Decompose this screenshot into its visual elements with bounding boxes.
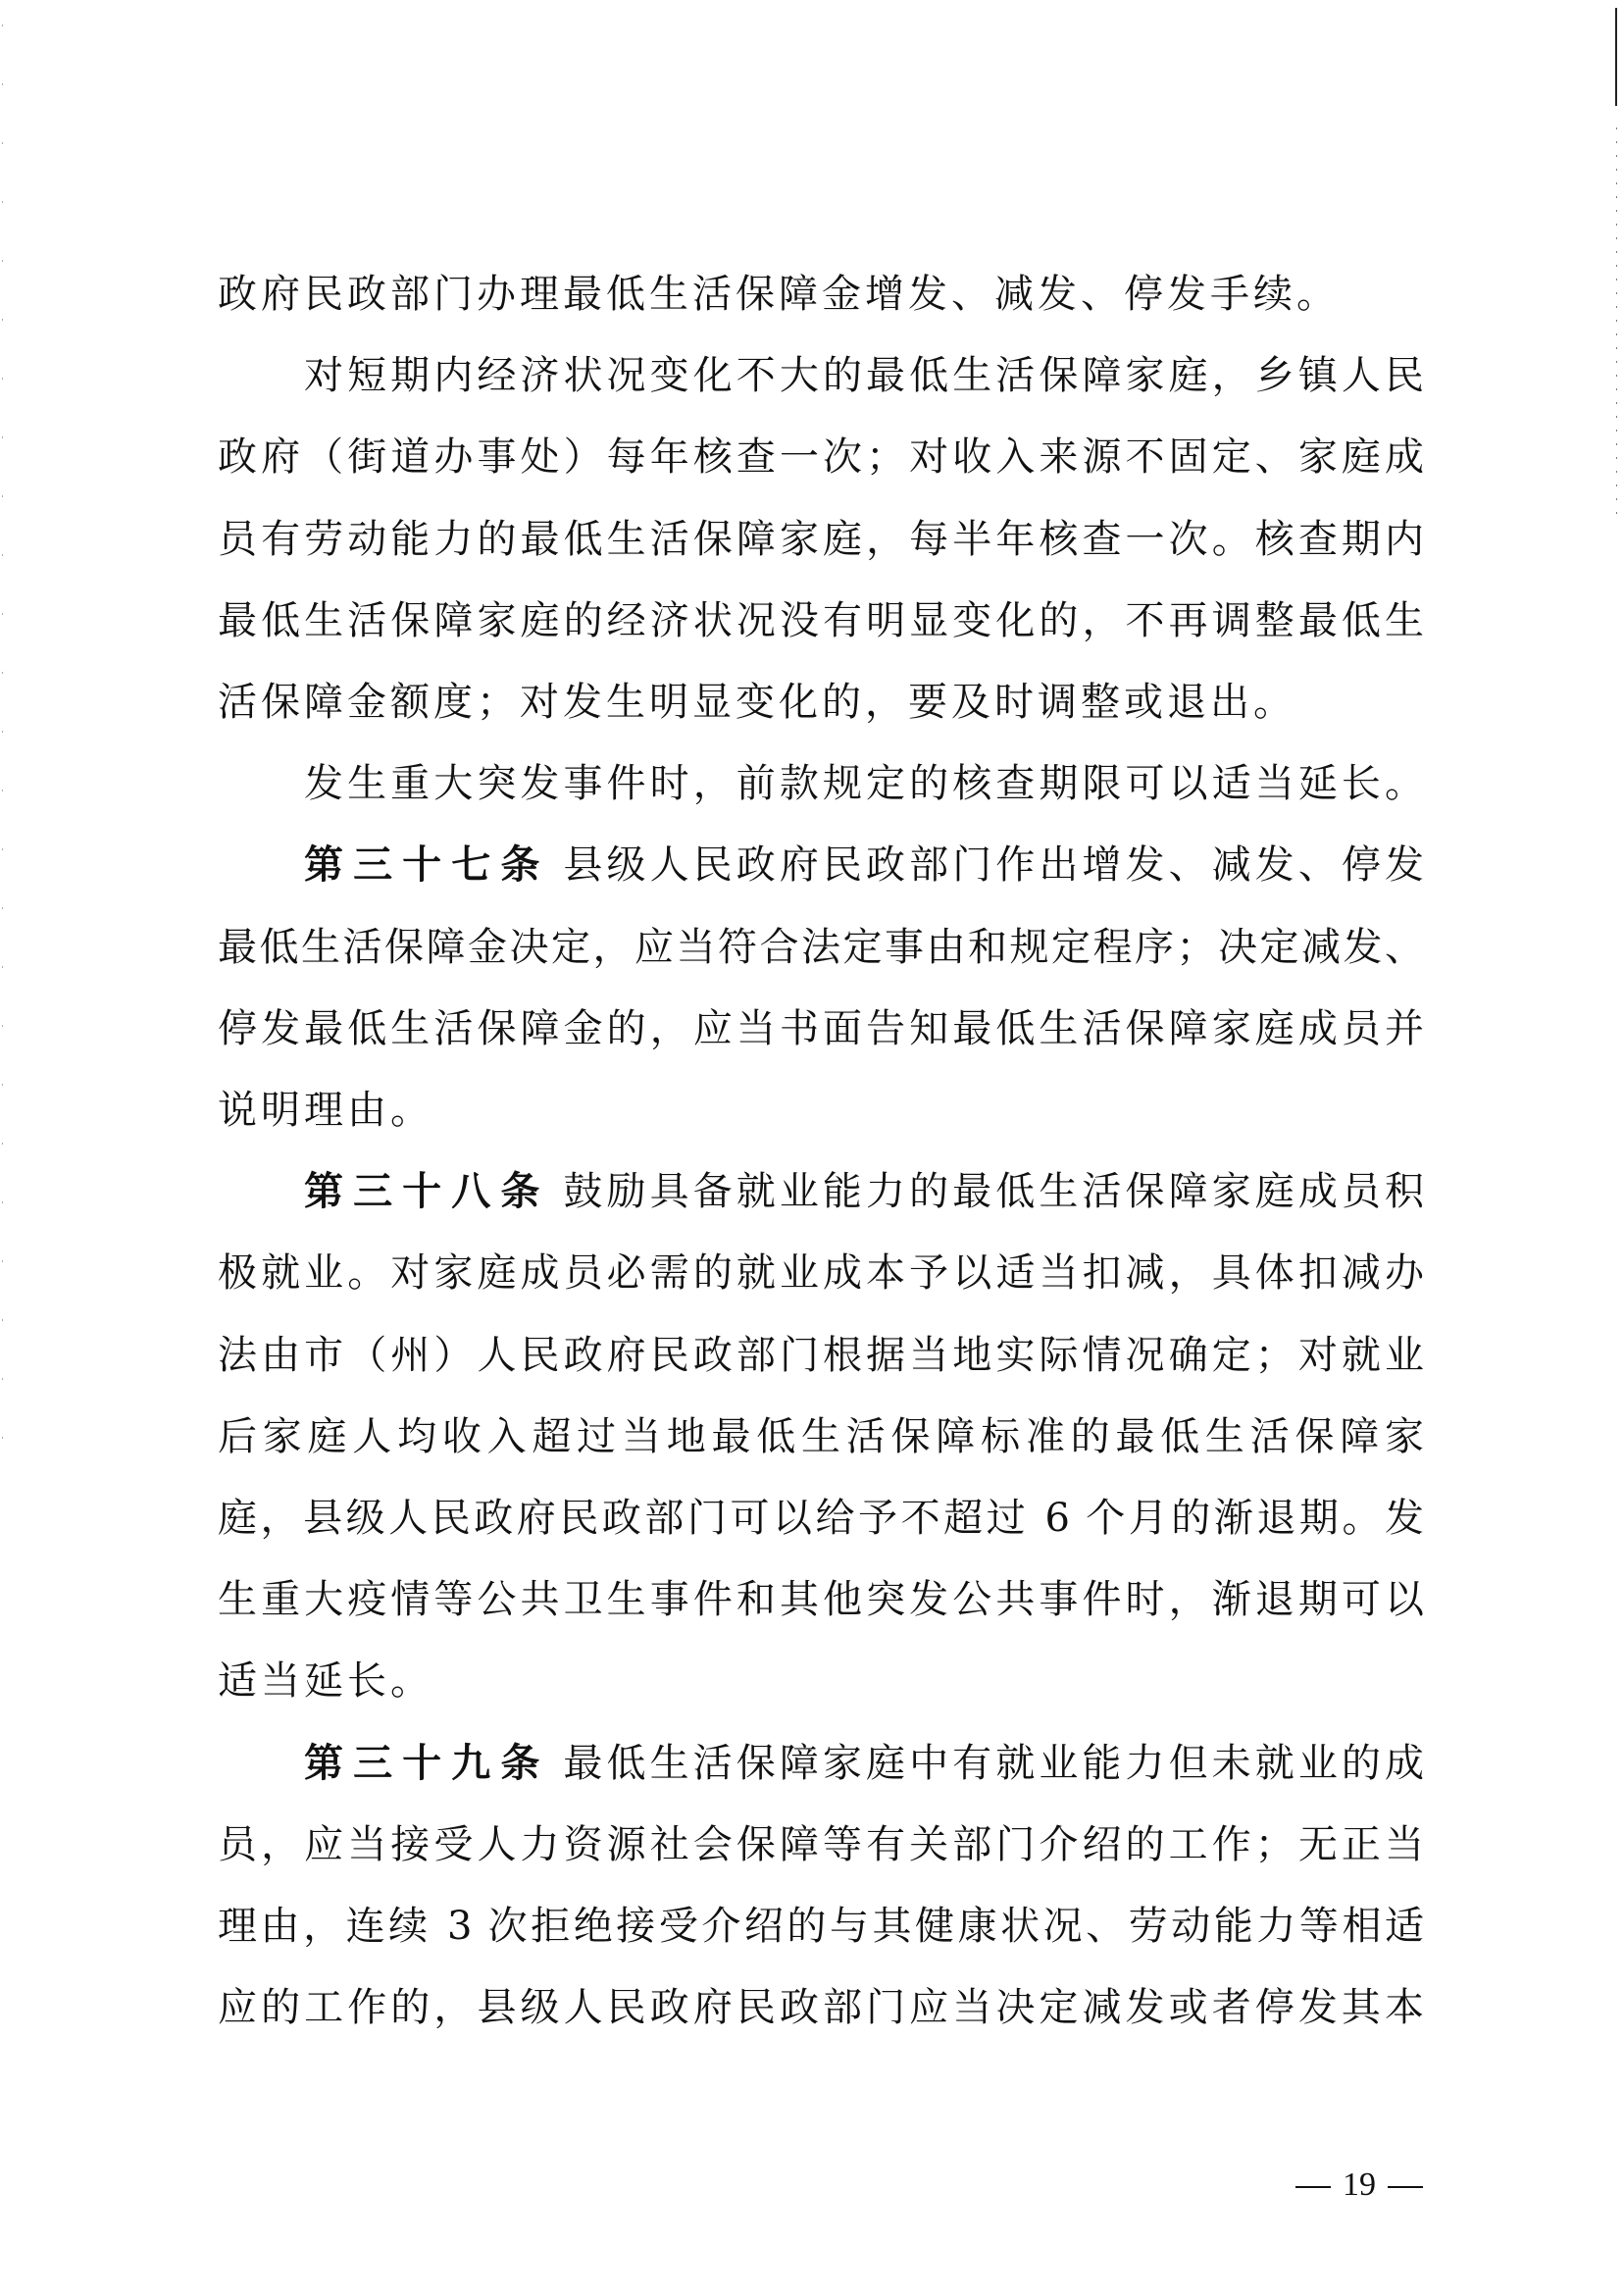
line-text: 应的工作的，县级人民政府民政部门应当决定减发或者停发其本 (218, 1985, 1424, 2030)
text-line: 适当延长。 (218, 1656, 433, 1706)
document-page: 政府民政部门办理最低生活保障金增发、减发、停发手续。 对短期内经济状况变化不大的… (0, 0, 1624, 2293)
text-line: 后家庭人均收入超过当地最低生活保障标准的最低生活保障家 (218, 1412, 1424, 1461)
text-line: 最低生活保障金决定，应当符合法定事由和规定程序；决定减发、 (218, 923, 1424, 972)
line-text: 发生重大突发事件时，前款规定的核查期限可以适当延长。 (304, 761, 1424, 806)
line-text: 员有劳动能力的最低生活保障家庭，每半年核查一次。核查期内 (218, 517, 1424, 562)
text-line: 理由，连续 3 次拒绝接受介绍的与其健康状况、劳动能力等相适 (218, 1902, 1424, 1951)
text-line: 停发最低生活保障金的，应当书面告知最低生活保障家庭成员并 (218, 1004, 1424, 1053)
line-text: 最低生活保障家庭的经济状况没有明显变化的，不再调整最低生 (218, 598, 1424, 643)
line-text: 鼓励具备就业能力的最低生活保障家庭成员积 (563, 1169, 1424, 1214)
scan-edge-mark (1615, 8, 1617, 106)
text-line: 员有劳动能力的最低生活保障家庭，每半年核查一次。核查期内 (218, 515, 1424, 564)
text-line: 最低生活保障家庭的经济状况没有明显变化的，不再调整最低生 (218, 596, 1424, 645)
line-text: 停发最低生活保障金的，应当书面告知最低生活保障家庭成员并 (218, 1006, 1424, 1051)
article-number: 第三十七条 (304, 842, 549, 888)
line-text: 法由市（州）人民政府民政部门根据当地实际情况确定；对就业 (218, 1333, 1424, 1378)
scan-noise-left (2, 25, 3, 1496)
text-line: 活保障金额度；对发生明显变化的，要及时调整或退出。 (218, 678, 1296, 727)
line-text: 最低生活保障金决定，应当符合法定事由和规定程序；决定减发、 (218, 925, 1424, 970)
line-text: 政府（街道办事处）每年核查一次；对收入来源不固定、家庭成 (218, 434, 1424, 480)
text-line: 极就业。对家庭成员必需的就业成本予以适当扣减，具体扣减办 (218, 1248, 1424, 1298)
text-line: 庭，县级人民政府民政部门可以给予不超过 6 个月的渐退期。发 (218, 1494, 1424, 1543)
line-text: 说明理由。 (218, 1088, 433, 1133)
paragraph-start-line: 对短期内经济状况变化不大的最低生活保障家庭，乡镇人民 (304, 351, 1424, 400)
line-text: 生重大疫情等公共卫生事件和其他突发公共事件时，渐退期可以 (218, 1577, 1424, 1622)
page-number-value: 19 (1343, 2166, 1376, 2203)
line-text: 对短期内经济状况变化不大的最低生活保障家庭，乡镇人民 (304, 353, 1424, 398)
line-text: 庭，县级人民政府民政部门可以给予不超过 6 个月的渐退期。发 (218, 1496, 1424, 1541)
line-text: 适当延长。 (218, 1658, 433, 1704)
text-line: 法由市（州）人民政府民政部门根据当地实际情况确定；对就业 (218, 1331, 1424, 1380)
page-number-dash-right (1388, 2186, 1423, 2188)
line-text: 极就业。对家庭成员必需的就业成本予以适当扣减，具体扣减办 (218, 1250, 1424, 1296)
line-text: 理由，连续 3 次拒绝接受介绍的与其健康状况、劳动能力等相适 (218, 1904, 1424, 1949)
line-text: 县级人民政府民政部门作出增发、减发、停发 (563, 842, 1424, 888)
text-line: 政府（街道办事处）每年核查一次；对收入来源不固定、家庭成 (218, 433, 1424, 482)
page-number: 19 (1281, 2166, 1438, 2205)
scan-noise-right (1616, 127, 1617, 520)
paragraph-start-line: 发生重大突发事件时，前款规定的核查期限可以适当延长。 (304, 759, 1424, 808)
article-number: 第三十九条 (304, 1741, 549, 1786)
line-text: 政府民政部门办理最低生活保障金增发、减发、停发手续。 (218, 272, 1340, 317)
text-line: 说明理由。 (218, 1086, 433, 1135)
text-line: 政府民政部门办理最低生活保障金增发、减发、停发手续。 (218, 270, 1340, 319)
article-39-heading-line: 第三十九条最低生活保障家庭中有就业能力但未就业的成 (304, 1739, 1424, 1788)
article-number: 第三十八条 (304, 1169, 549, 1214)
text-line: 生重大疫情等公共卫生事件和其他突发公共事件时，渐退期可以 (218, 1575, 1424, 1624)
article-38-heading-line: 第三十八条鼓励具备就业能力的最低生活保障家庭成员积 (304, 1167, 1424, 1216)
article-37-heading-line: 第三十七条县级人民政府民政部门作出增发、减发、停发 (304, 841, 1424, 890)
text-line: 员，应当接受人力资源社会保障等有关部门介绍的工作；无正当 (218, 1820, 1424, 1869)
line-text: 最低生活保障家庭中有就业能力但未就业的成 (563, 1741, 1424, 1786)
text-line: 应的工作的，县级人民政府民政部门应当决定减发或者停发其本 (218, 1983, 1424, 2032)
line-text: 活保障金额度；对发生明显变化的，要及时调整或退出。 (218, 680, 1296, 725)
page-number-dash-left (1295, 2186, 1331, 2188)
line-text: 员，应当接受人力资源社会保障等有关部门介绍的工作；无正当 (218, 1822, 1424, 1867)
line-text: 后家庭人均收入超过当地最低生活保障标准的最低生活保障家 (218, 1414, 1424, 1459)
